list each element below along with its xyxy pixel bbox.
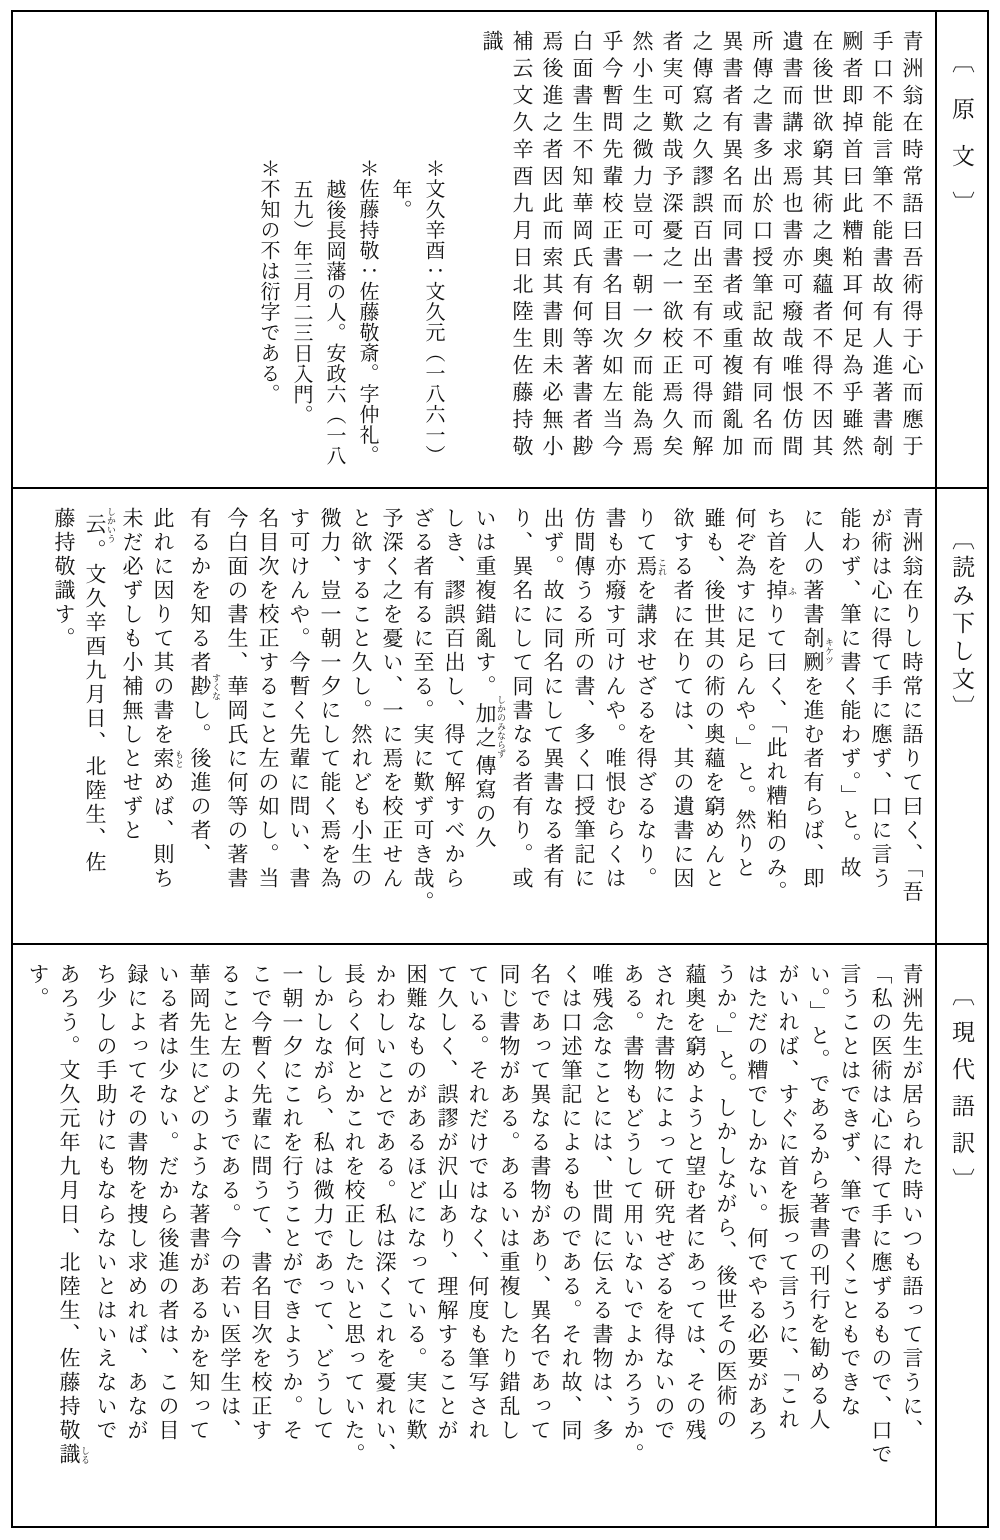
text-column: 年。: [383, 158, 416, 475]
text-column: 焉後進之者因此而索其書則未必無小: [537, 30, 567, 475]
furigana-term: 掉ふ: [764, 579, 788, 603]
section-header-original-text: 〔原文〕: [935, 12, 987, 487]
text-column: 遺書而講求焉也書亦可癈哉唯恨仿間: [777, 30, 807, 475]
gendaigoyaku-body: 青洲先生が居られた時いつも語って言うに、「私の医術は心に得て手に應ずるもので、口…: [13, 945, 935, 1526]
section-yomikudashi: 青洲翁在りし時常に語りて曰く、「吾が術は心に得て手に應ず、口に言う能わず、筆に書…: [11, 487, 989, 945]
furigana-term: 尠すくな: [188, 675, 212, 699]
text-column: 藤持敬識す。: [48, 507, 79, 931]
text-column: 青洲先生が居られた時いつも語って言うに、: [896, 963, 927, 1514]
text-column: 青洲翁在時常語曰吾術得于心而應于: [897, 30, 927, 475]
text-column: ること左のようである。今の若い医学生は、: [214, 963, 245, 1514]
text-column: 困難なものがあるほどになっている。実に歎: [400, 963, 431, 1514]
text-column: 仿間傳うる所の書、多く口授筆記に: [568, 507, 599, 931]
original-text-columns: 青洲翁在時常語曰吾術得于心而應于手口不能言筆不能書故有人進著書剞劂者即掉首曰此糟…: [477, 30, 927, 475]
text-column: 五九）年三月二三日入門。: [284, 158, 317, 475]
text-column: 乎今暫問先輩校正書名目次如左当今: [597, 30, 627, 475]
text-column: 白面書生不知華岡氏有何等著書者尠: [567, 30, 597, 475]
text-column: 華岡先生にどのような著書があるかを知って: [183, 963, 214, 1514]
section-header-label: 〔読み下し文〕: [949, 527, 974, 723]
text-column: と欲すること久し。然れども小生の: [345, 507, 376, 931]
text-column: 識: [477, 30, 507, 475]
text-column: 所傳之書多出於口授筆記故有同名而: [747, 30, 777, 475]
text-column: 補云文久辛酉九月日北陸生佐藤持敬: [507, 30, 537, 475]
yomikudashi-body: 青洲翁在りし時常に語りて曰く、「吾が術は心に得て手に應ず、口に言う能わず、筆に書…: [13, 489, 935, 943]
text-column: がいれば、すぐに首を振って言うに、「これ: [772, 963, 803, 1514]
text-column: かわしいことである。私は深くこれを憂れい、: [369, 963, 400, 1514]
text-column: 名であって異なる書物があり、異名であって: [524, 963, 555, 1514]
original-text-annotations: ＊文久辛酉：文久元（一八六一）年。＊佐藤持敬：佐藤敬斎。字仲礼。越後長岡藩の人。…: [251, 30, 449, 475]
text-column: 未だ必ずしも小補無しとせずと: [116, 507, 147, 931]
text-column: あろう。文久元年九月日、北陸生、佐藤持敬識しる: [53, 963, 90, 1514]
text-column: 書も亦癈す可けんや。唯恨むらくは: [599, 507, 630, 931]
text-column: 能わず、筆に書く能わず。」と。故: [834, 507, 865, 931]
text-column: ち首を掉ふりて曰く、「此れ糟粕のみ。: [760, 507, 797, 931]
section-original-text: 青洲翁在時常語曰吾術得于心而應于手口不能言筆不能書故有人進著書剞劂者即掉首曰此糟…: [11, 10, 989, 489]
text-column: ＊文久辛酉：文久元（一八六一）: [416, 158, 449, 475]
text-column: りて焉これを講求せざるを得ざるなり。: [630, 507, 667, 931]
text-column: す。: [22, 963, 53, 1514]
text-column: いる者は少ない。だから後進の者は、この目: [152, 963, 183, 1514]
section-header-label: 〔原文〕: [949, 50, 974, 238]
text-column: 劂者即掉首曰此糟粕耳何足為乎雖然: [837, 30, 867, 475]
text-column: くは口述筆記によるものである。それ故、同: [555, 963, 586, 1514]
text-column: 言うことはできず、筆で書くこともできな: [834, 963, 865, 1514]
text-column: ある。書物もどうして用いないでよかろうか。: [617, 963, 648, 1514]
text-column: 有るかを知る者尠すくなし。後進の者、: [184, 507, 221, 931]
text-column: 蘊奥を窮めようと望む者にあっては、その残: [679, 963, 710, 1514]
text-column: 出ず。故に同名にして異書なる者有: [537, 507, 568, 931]
text-column: て久しく、誤謬が沢山あり、理解することが: [431, 963, 462, 1514]
text-column: 者実可歎哉予深憂之一欲校正焉久矣: [657, 30, 687, 475]
section-header-yomikudashi: 〔読み下し文〕: [935, 489, 987, 943]
text-column: 手口不能言筆不能書故有人進著書剞: [867, 30, 897, 475]
text-column: しき、謬誤百出し、得て解すべから: [438, 507, 469, 931]
furigana-term: 識しる: [57, 1443, 81, 1467]
text-column: 云しかいう。文久辛酉九月日、北陸生、佐: [79, 507, 116, 931]
gendaigoyaku-columns: 青洲先生が居られた時いつも語って言うに、「私の医術は心に得て手に應ずるもので、口…: [22, 963, 927, 1514]
furigana-term: 云しかいう: [83, 507, 107, 539]
text-column: ち少しの手助けにもならないとはいえないで: [90, 963, 121, 1514]
text-column: はただの糟でしかない。何でやる必要があろ: [741, 963, 772, 1514]
furigana-term: 加之しかのみならず: [473, 699, 497, 755]
text-column: うか。」と。しかしながら、後世その医術の: [710, 963, 741, 1514]
text-column: 之傳寫之久謬誤百出至有不可得而解: [687, 30, 717, 475]
text-column: ている。それだけではなく、何度も筆写され: [462, 963, 493, 1514]
document-page: 青洲翁在時常語曰吾術得于心而應于手口不能言筆不能書故有人進著書剞劂者即掉首曰此糟…: [0, 0, 1000, 1540]
original-text-body: 青洲翁在時常語曰吾術得于心而應于手口不能言筆不能書故有人進著書剞劂者即掉首曰此糟…: [13, 12, 935, 487]
text-column: 異書者有異名而同書者或重複錯亂加: [717, 30, 747, 475]
text-column: り、異名にして同書なる者有り。或: [506, 507, 537, 931]
text-column: 録によってその書物を捜し求めれば、あなが: [121, 963, 152, 1514]
text-column: 唯残念なことには、世間に伝える書物は、多: [586, 963, 617, 1514]
text-column: いは重複錯亂す。加之しかのみならず傳寫の久: [469, 507, 506, 931]
text-column: 長らく何とかこれを校正したいと思っていた。: [338, 963, 369, 1514]
text-column: に人の著書剞劂キケツを進む者有らば、即: [797, 507, 834, 931]
text-column: 名目次を校正すること左の如し。当: [252, 507, 283, 931]
text-column: 一朝一夕にこれを行うことができようか。そ: [276, 963, 307, 1514]
text-column: 微力、豈一朝一夕にして能く焉を為: [314, 507, 345, 931]
text-column: 青洲翁在りし時常に語りて曰く、「吾: [896, 507, 927, 931]
furigana-term: 焉これ: [634, 555, 658, 579]
yomikudashi-columns: 青洲翁在りし時常に語りて曰く、「吾が術は心に得て手に應ず、口に言う能わず、筆に書…: [48, 507, 927, 931]
section-header-label: 〔現代語訳〕: [949, 983, 974, 1205]
text-column: 何ぞ為すに足らんや。」と。然りと: [729, 507, 760, 931]
text-column: 越後長岡藩の人。安政六（一八: [317, 158, 350, 475]
section-gendaigoyaku: 青洲先生が居られた時いつも語って言うに、「私の医術は心に得て手に應ずるもので、口…: [11, 943, 989, 1528]
text-column: ＊佐藤持敬：佐藤敬斎。字仲礼。: [350, 158, 383, 475]
text-column: ＊不知の不は衍字である。: [251, 158, 284, 475]
text-column: す可けんや。今暫く先輩に問い、書: [283, 507, 314, 931]
text-column: が術は心に得て手に應ず、口に言う: [865, 507, 896, 931]
text-column: 同じ書物がある。あるいは重複したり錯乱し: [493, 963, 524, 1514]
text-column: 今白面の書生、華岡氏に何等の著書: [221, 507, 252, 931]
text-column: しかしながら、私は微力であって、どうして: [307, 963, 338, 1514]
text-column: 欲する者に在りては、其の遺書に因: [667, 507, 698, 931]
furigana-term: 索もと: [151, 747, 175, 771]
text-column: 雖も、後世其の術の奥蘊を窮めんと: [698, 507, 729, 931]
text-column: ざる者有るに至る。実に歎ず可き哉。: [407, 507, 438, 931]
text-column: 然小生之微力豈可一朝一夕而能為焉: [627, 30, 657, 475]
text-column: い。」と。であるから著書の刊行を勧める人: [803, 963, 834, 1514]
text-column: 在後世欲窮其術之奥蘊者不得不因其: [807, 30, 837, 475]
furigana-term: 剞劂キケツ: [801, 627, 825, 675]
text-column: 予深く之を憂い、一に焉を校正せん: [376, 507, 407, 931]
section-header-gendaigoyaku: 〔現代語訳〕: [935, 945, 987, 1526]
text-column: された書物によって研究せざるを得ないので: [648, 963, 679, 1514]
text-column: こで今暫く先輩に問うて、書名目次を校正す: [245, 963, 276, 1514]
text-column: 「私の医術は心に得て手に應ずるもので、口で: [865, 963, 896, 1514]
text-column: 此れに因りて其の書を索もとめば、則ち: [147, 507, 184, 931]
